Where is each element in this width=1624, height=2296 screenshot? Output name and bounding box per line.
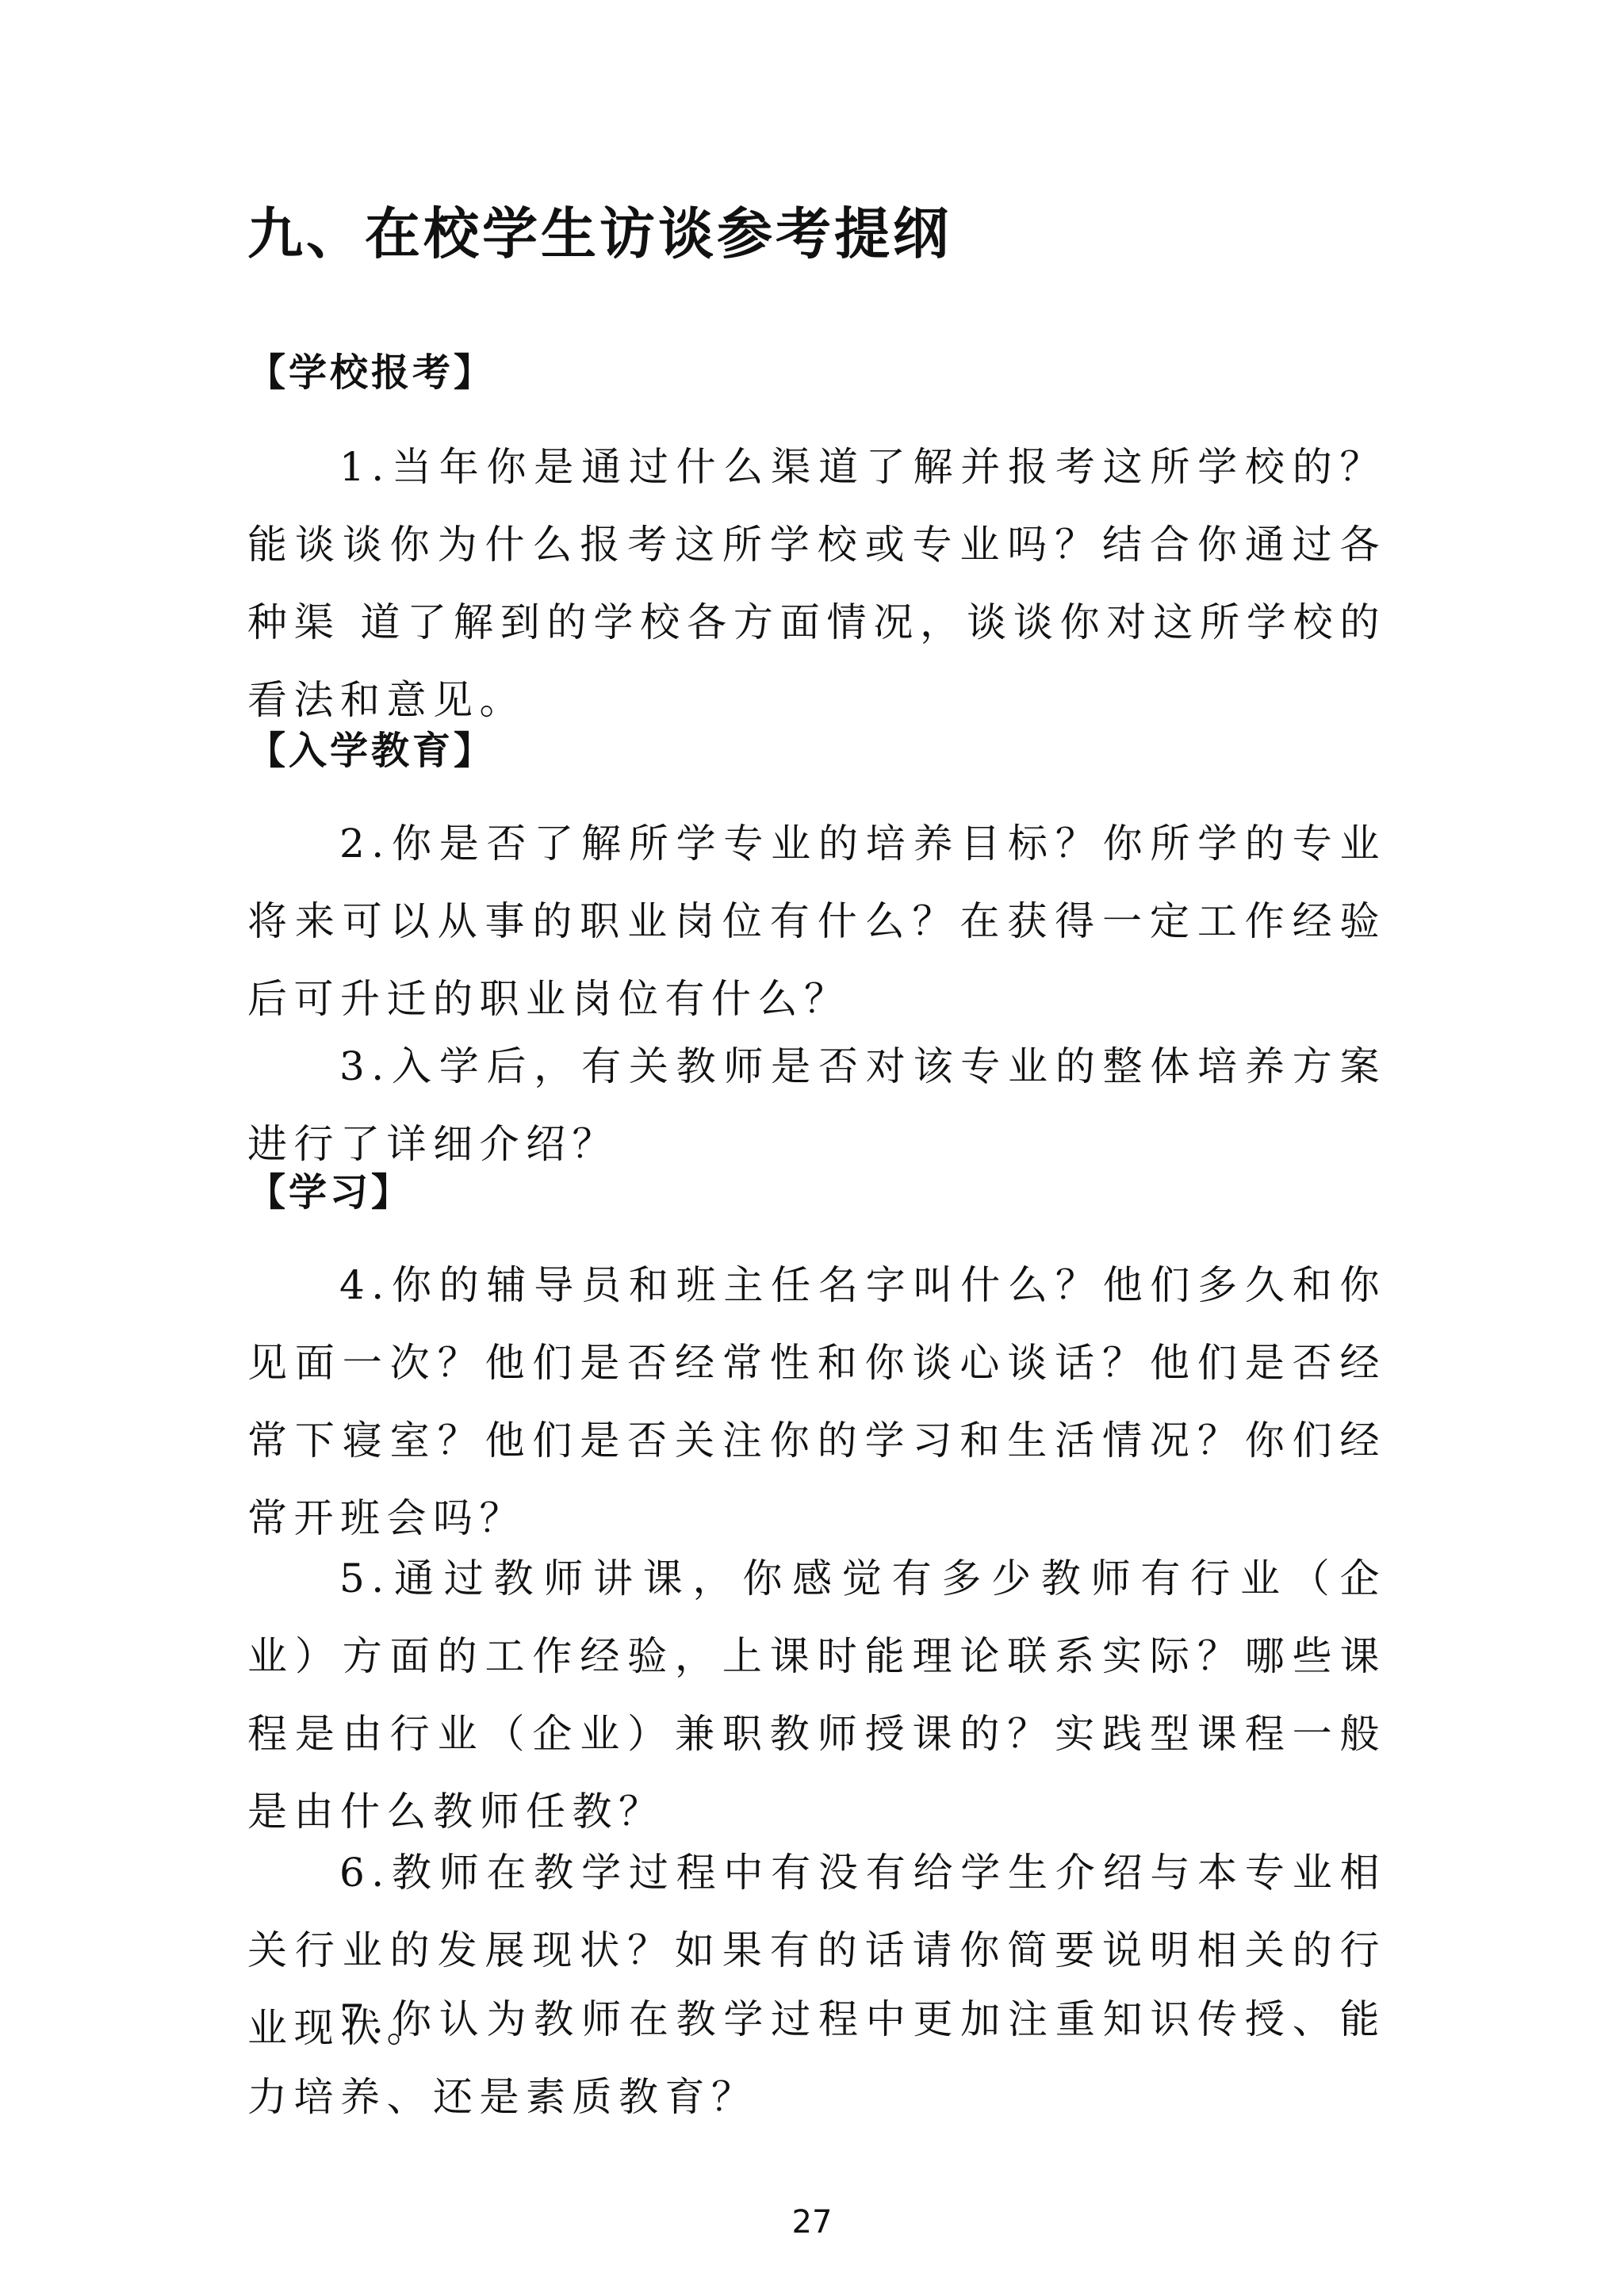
page-title: 九、在校学生访谈参考提纲: [247, 198, 952, 270]
section-heading-school-application: 【学校报考】: [247, 349, 495, 396]
section-heading-study: 【学习】: [247, 1169, 412, 1216]
question-3: 3.入学后，有关教师是否对该专业的整体培养方案进行了详细介绍？: [247, 1027, 1386, 1183]
question-1: 1.当年你是通过什么渠道了解并报考这所学校的？能谈谈你为什么报考这所学校或专业吗…: [247, 428, 1386, 739]
question-4: 4.你的辅导员和班主任名字叫什么？他们多久和你见面一次？他们是否经常性和你谈心谈…: [247, 1246, 1386, 1557]
question-5: 5.通过教师讲课，你感觉有多少教师有行业（企业）方面的工作经验，上课时能理论联系…: [247, 1540, 1386, 1850]
question-2: 2.你是否了解所学专业的培养目标？你所学的专业将来可以从事的职业岗位有什么？在获…: [247, 805, 1386, 1038]
question-7: 7.你认为教师在教学过程中更加注重知识传授、能力培养、还是素质教育？: [247, 1980, 1386, 2136]
section-heading-enrollment-education: 【入学教育】: [247, 727, 495, 775]
page-number: 27: [0, 2202, 1624, 2242]
